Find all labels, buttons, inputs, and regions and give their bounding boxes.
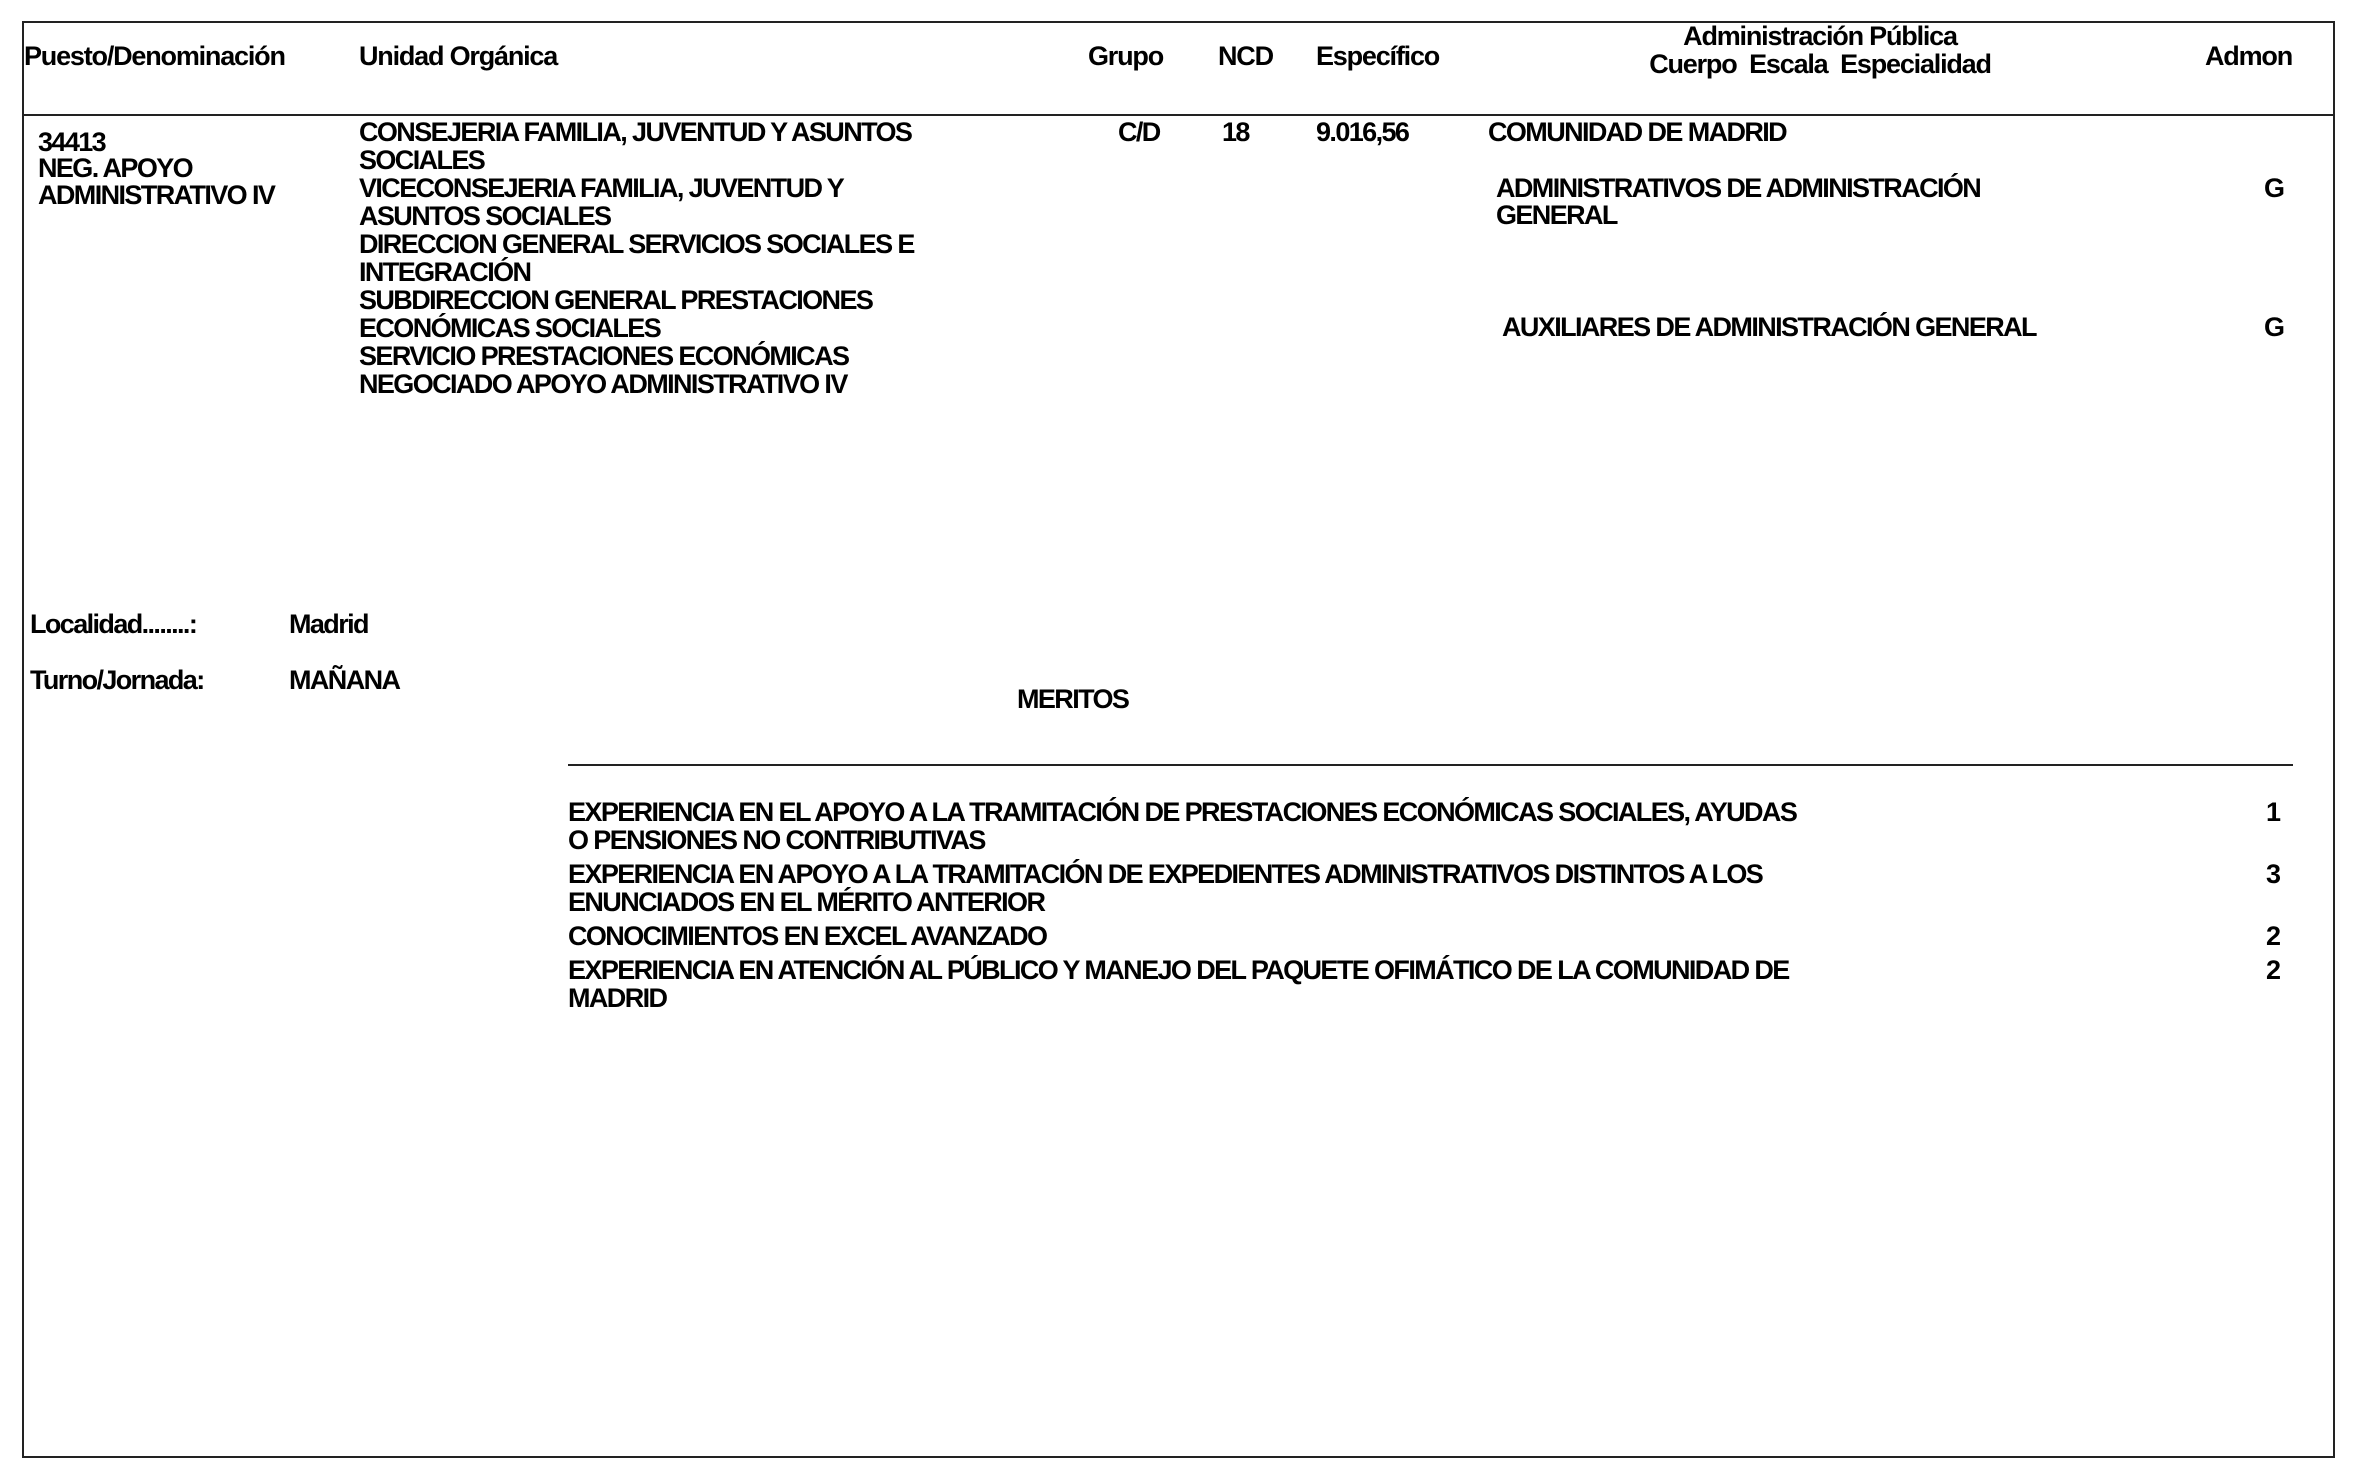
localidad-value: Madrid (289, 610, 368, 638)
cuerpo-1-line2: GENERAL (1496, 201, 1617, 229)
merito-text: EXPERIENCIA EN EL APOYO A LA TRAMITACIÓN… (568, 798, 1796, 854)
merito-puntos: 3 (2266, 860, 2281, 888)
merito-puntos: 2 (2266, 956, 2281, 984)
puesto-codigo: 34413 (38, 128, 105, 156)
unidad-organica: CONSEJERIA FAMILIA, JUVENTUD Y ASUNTOSSO… (359, 118, 914, 398)
merito-puntos: 2 (2266, 922, 2281, 950)
unidad-organica-line: ASUNTOS SOCIALES (359, 202, 914, 230)
unidad-organica-line: SUBDIRECCION GENERAL PRESTACIONES (359, 286, 914, 314)
header-puesto: Puesto/Denominación (24, 42, 285, 70)
especifico-value: 9.016,56 (1316, 118, 1408, 146)
unidad-organica-line: NEGOCIADO APOYO ADMINISTRATIVO IV (359, 370, 914, 398)
administracion-value: COMUNIDAD DE MADRID (1488, 118, 1786, 146)
meritos-divider (568, 764, 2293, 766)
header-admon: Admon (2205, 42, 2292, 70)
cuerpo-1-admon: G (2264, 174, 2283, 202)
localidad-label: Localidad........: (30, 610, 196, 638)
puesto-denominacion-line1: NEG. APOYO (38, 154, 192, 182)
unidad-organica-line: ECONÓMICAS SOCIALES (359, 314, 914, 342)
header-unidad: Unidad Orgánica (359, 42, 557, 70)
unidad-organica-line: CONSEJERIA FAMILIA, JUVENTUD Y ASUNTOS (359, 118, 914, 146)
unidad-organica-line: DIRECCION GENERAL SERVICIOS SOCIALES E (359, 230, 914, 258)
cuerpo-2-admon: G (2264, 313, 2283, 341)
puesto-denominacion-line2: ADMINISTRATIVO IV (38, 181, 274, 209)
header-divider (22, 114, 2335, 116)
header-especifico: Específico (1316, 42, 1439, 70)
header-ncd: NCD (1218, 42, 1273, 70)
unidad-organica-line: SOCIALES (359, 146, 914, 174)
unidad-organica-line: VICECONSEJERIA FAMILIA, JUVENTUD Y (359, 174, 914, 202)
header-grupo: Grupo (1088, 42, 1163, 70)
turno-label: Turno/Jornada: (30, 666, 204, 694)
grupo-value: C/D (1118, 118, 1160, 146)
cuerpo-1-line1: ADMINISTRATIVOS DE ADMINISTRACIÓN (1496, 174, 1980, 202)
turno-value: MAÑANA (289, 666, 399, 694)
header-administracion-line1: Administración Pública (1620, 22, 2020, 50)
cuerpo-2-line1: AUXILIARES DE ADMINISTRACIÓN GENERAL (1502, 313, 2036, 341)
ncd-value: 18 (1222, 118, 1249, 146)
unidad-organica-line: SERVICIO PRESTACIONES ECONÓMICAS (359, 342, 914, 370)
merito-text: EXPERIENCIA EN APOYO A LA TRAMITACIÓN DE… (568, 860, 1762, 916)
merito-puntos: 1 (2266, 798, 2281, 826)
merito-text: EXPERIENCIA EN ATENCIÓN AL PÚBLICO Y MAN… (568, 956, 1789, 1012)
unidad-organica-line: INTEGRACIÓN (359, 258, 914, 286)
merito-text: CONOCIMIENTOS EN EXCEL AVANZADO (568, 922, 1046, 950)
meritos-title: MERITOS (1017, 685, 1128, 713)
header-administracion-line2: Cuerpo Escala Especialidad (1620, 50, 2020, 78)
